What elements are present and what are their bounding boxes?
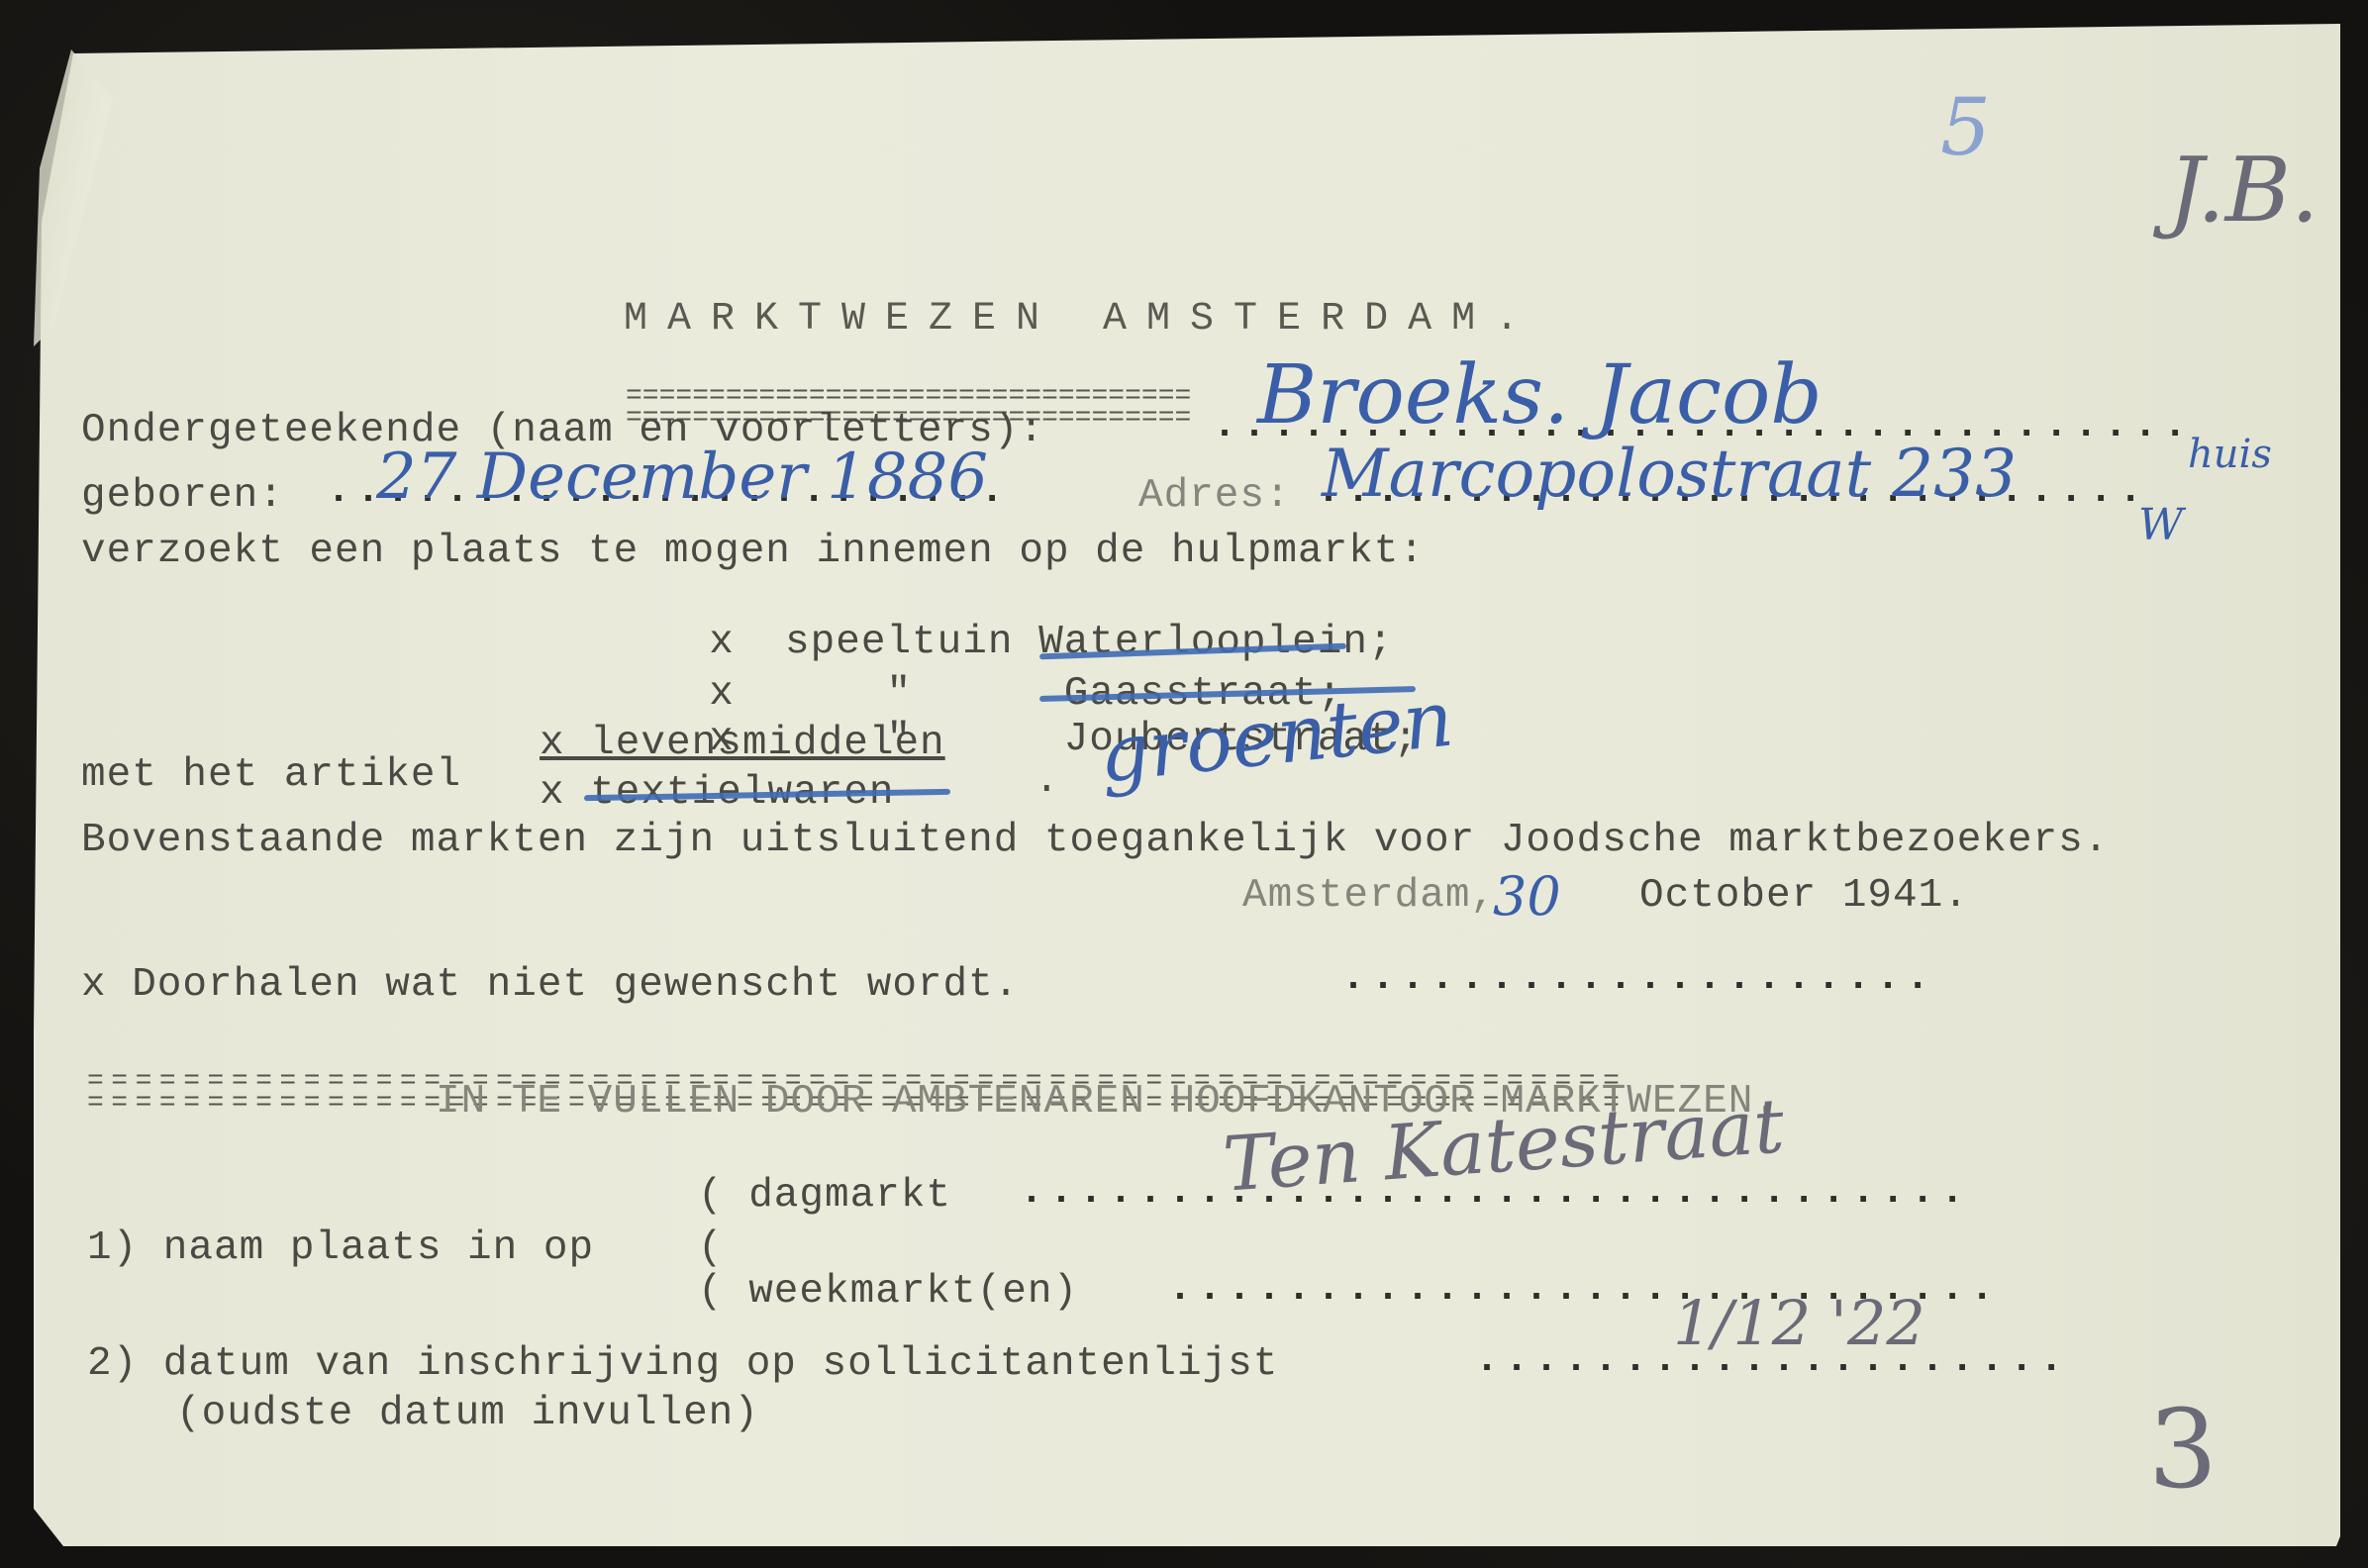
- article-period: .: [1035, 758, 1060, 804]
- date-rest: October 1941.: [1639, 873, 1969, 919]
- document-title: MARKTWEZEN AMSTERDAM.: [624, 297, 1538, 342]
- address-label: Adres:: [1138, 473, 1291, 519]
- dagmarkt-label: ( dagmarkt: [698, 1173, 951, 1219]
- date-day: 30: [1493, 865, 1561, 928]
- item2-label: 2) datum van inschrijving op sollicitant…: [87, 1341, 1278, 1387]
- initials-pencil: J.B.: [2168, 139, 2319, 243]
- address-value: Marcopolostraat 233: [1322, 436, 2017, 512]
- item2-value: 1/12 '22: [1673, 1287, 1925, 1359]
- footnote: x Doorhalen wat niet gewenscht wordt.: [81, 962, 1019, 1008]
- name-value: Broeks. Jacob: [1257, 348, 1823, 442]
- article-label: met het artikel: [81, 752, 461, 798]
- item2-note: (oudste datum invullen): [176, 1391, 759, 1436]
- request-line: verzoekt een plaats te mogen innemen op …: [81, 529, 1425, 574]
- page-number-handwritten: 5: [1940, 81, 1991, 173]
- address-note-huis: huis: [2188, 432, 2272, 477]
- signature-dots: ....................: [1341, 956, 1935, 1001]
- address-note-w: W: [2138, 500, 2183, 550]
- article-option-levensmiddelen: x levensmiddelen: [540, 721, 945, 766]
- brace: (: [698, 1225, 723, 1271]
- item1-label: 1) naam plaats in op: [87, 1225, 594, 1271]
- born-value: 27 December 1886: [376, 441, 988, 514]
- bottom-page-number: 3: [2148, 1386, 2218, 1513]
- notice-text: Bovenstaande markten zijn uitsluitend to…: [81, 818, 2109, 863]
- weekmarkt-label: ( weekmarkt(en): [698, 1269, 1078, 1315]
- date-place: Amsterdam,: [1242, 873, 1496, 919]
- born-label: geboren:: [81, 473, 284, 519]
